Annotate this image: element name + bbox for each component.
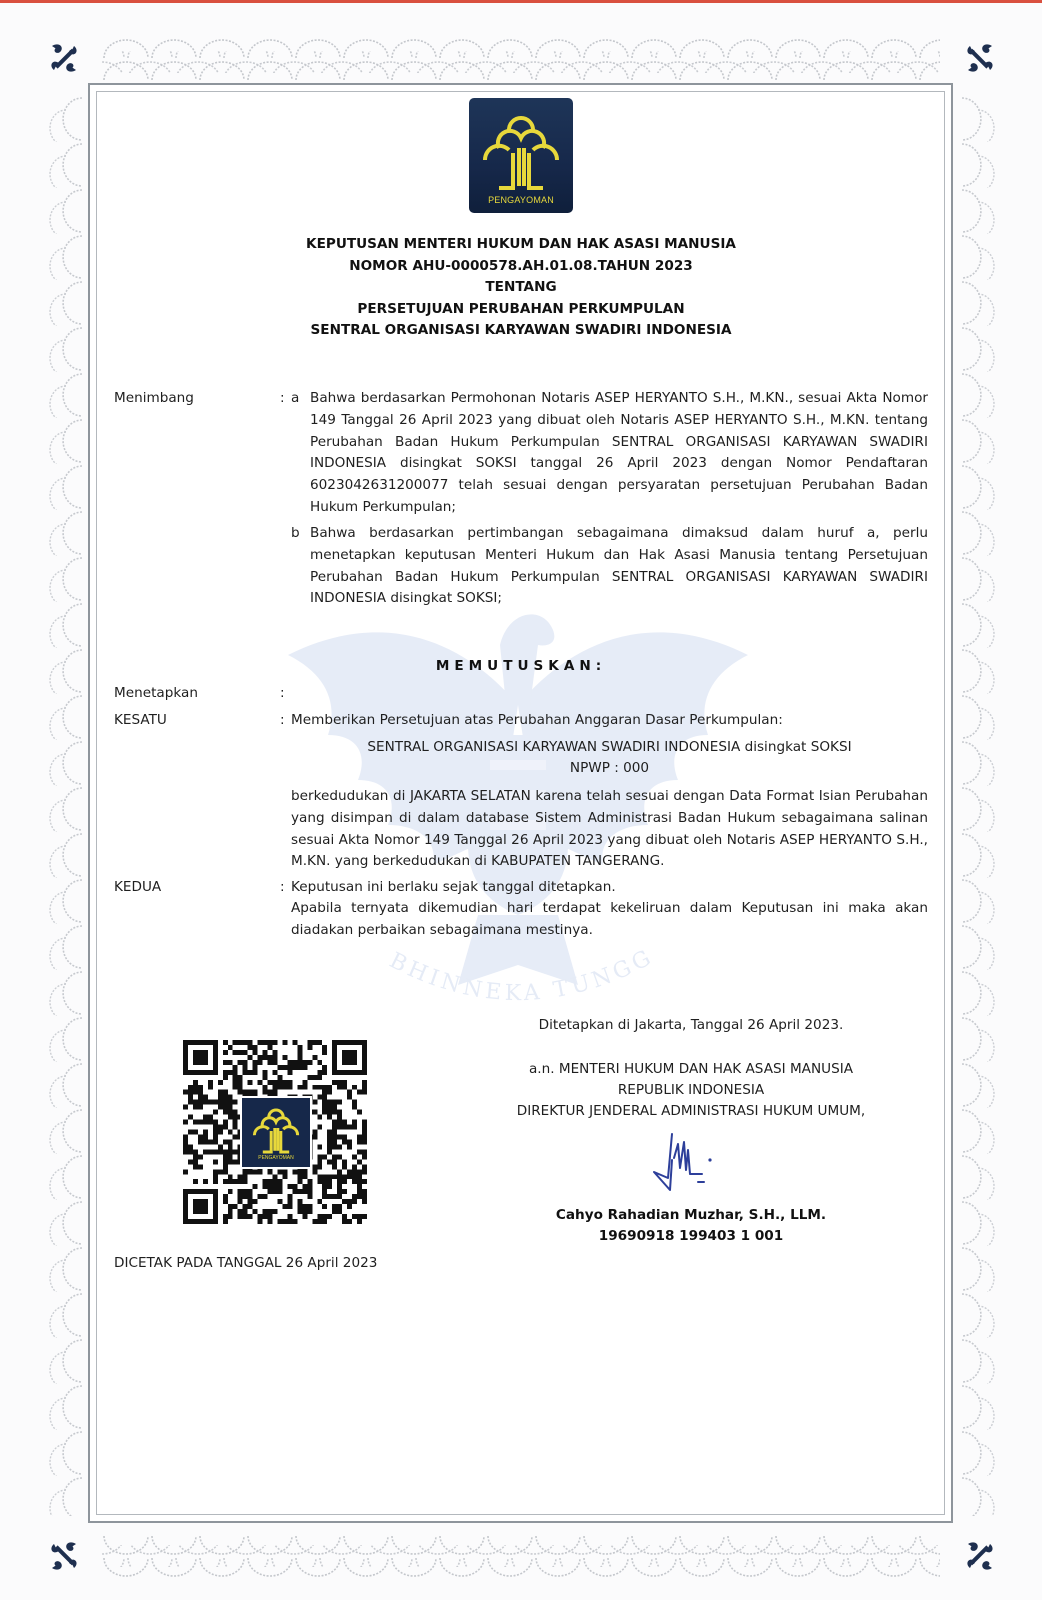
menetapkan-label: Menetapkan [114,685,198,701]
title-line: NOMOR AHU-0000578.AH.01.08.TAHUN 2023 [150,256,892,278]
kesatu-text: berkedudukan di JAKARTA SELATAN karena t… [291,786,928,873]
kesatu-colon: : [280,712,285,728]
corner-ornament-icon [46,1538,82,1574]
title-line: TENTANG [150,277,892,299]
title-line: KEPUTUSAN MENTERI HUKUM DAN HAK ASASI MA… [150,234,892,256]
organization-name: SENTRAL ORGANISASI KARYAWAN SWADIRI INDO… [291,739,928,755]
kedua-colon: : [280,879,285,895]
document-title: KEPUTUSAN MENTERI HUKUM DAN HAK ASASI MA… [150,234,892,342]
signatory-name: Cahyo Rahadian Muzhar, S.H., LLM. [476,1207,906,1223]
menimbang-colon: : [280,390,285,406]
kedua-line1: Keputusan ini berlaku sejak tanggal dite… [291,879,616,895]
menimbang-label: Menimbang [114,390,194,406]
kesatu-intro: Memberikan Persetujuan atas Perubahan An… [291,712,783,728]
printed-date: DICETAK PADA TANGGAL 26 April 2023 [114,1255,377,1271]
signatory-nip: 19690918 199403 1 001 [476,1228,906,1244]
left-ornamental-border [42,96,86,1516]
position-line: DIREKTUR JENDERAL ADMINISTRASI HUKUM UMU… [476,1103,906,1119]
kedua-text: Apabila ternyata dikemudian hari terdapa… [291,898,928,942]
handwritten-signature [650,1130,730,1200]
qr-center-logo: PENGAYOMAN [240,1096,312,1169]
verification-qr-code[interactable]: PENGAYOMAN [183,1040,367,1224]
item-letter-a: a [291,390,299,406]
menetapkan-colon: : [280,685,285,701]
logo-caption: PENGAYOMAN [469,195,573,205]
top-ornamental-border [102,38,940,82]
title-line: PERSETUJUAN PERUBAHAN PERKUMPULAN [150,299,892,321]
npwp-line: NPWP : 000 [291,760,928,776]
kedua-label: KEDUA [114,879,161,895]
item-letter-b: b [291,525,300,541]
corner-ornament-icon [962,1538,998,1574]
kesatu-label: KESATU [114,712,167,728]
on-behalf-line: a.n. MENTERI HUKUM DAN HAK ASASI MANUSIA [476,1061,906,1077]
country-line: REPUBLIK INDONESIA [476,1082,906,1098]
memutuskan-heading: MEMUTUSKAN: [0,658,1042,674]
pengayoman-logo: PENGAYOMAN [469,98,573,213]
menimbang-item-a: Bahwa berdasarkan Permohonan Notaris ASE… [310,388,928,519]
menimbang-item-b: Bahwa berdasarkan pertimbangan sebagaima… [310,523,928,610]
bottom-ornamental-border [102,1534,940,1578]
place-date: Ditetapkan di Jakarta, Tanggal 26 April … [496,1017,886,1033]
top-accent-line [0,0,1042,3]
corner-ornament-icon [962,40,998,76]
title-line: SENTRAL ORGANISASI KARYAWAN SWADIRI INDO… [150,320,892,342]
qr-logo-caption: PENGAYOMAN [242,1155,310,1161]
right-ornamental-border [958,96,1002,1516]
corner-ornament-icon [46,40,82,76]
